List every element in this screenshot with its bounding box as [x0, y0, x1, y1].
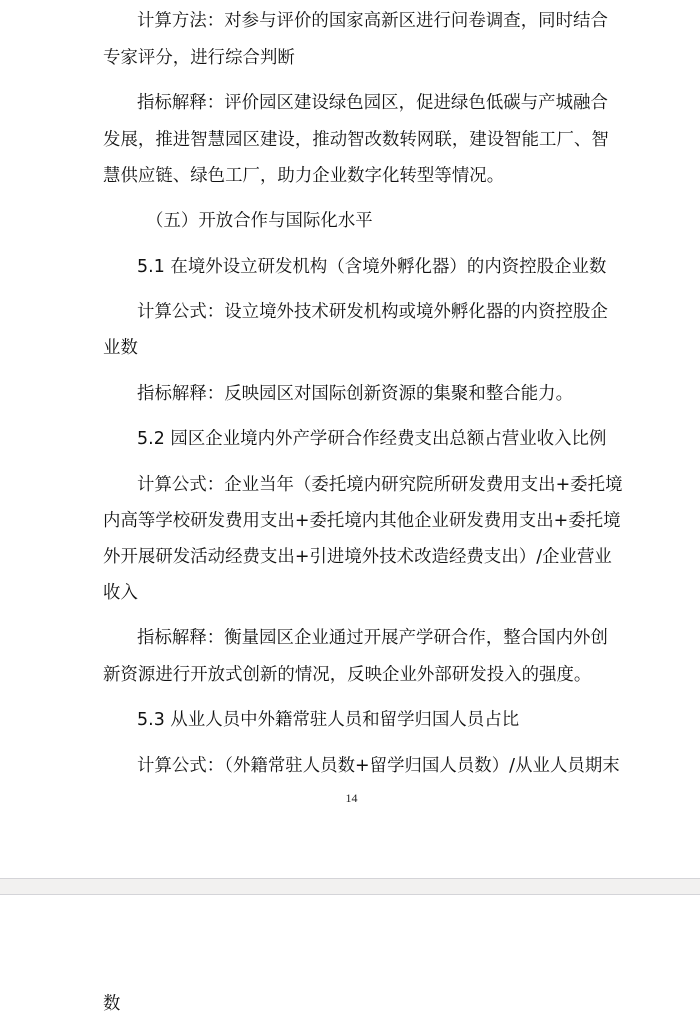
formula-5-1-line-2: 业数	[103, 336, 138, 360]
indicator-explanation-line-2: 发展，推进智慧园区建设，推动智改数转网联，建设智能工厂、智	[103, 128, 609, 152]
formula-5-1-line-1: 计算公式：设立境外技术研发机构或境外孵化器的内资控股企	[137, 300, 608, 324]
indicator-explanation-line-3: 慧供应链、绿色工厂，助力企业数字化转型等情况。	[103, 164, 504, 188]
explanation-5-1: 指标解释：反映园区对国际创新资源的集聚和整合能力。	[137, 382, 573, 406]
indicator-5-1-title: 5.1 在境外设立研发机构（含境外孵化器）的内资控股企业数	[137, 255, 606, 279]
indicator-explanation-line-1: 指标解释：评价园区建设绿色园区，促进绿色低碳与产城融合	[137, 91, 608, 115]
calc-method-line-1: 计算方法：对参与评价的国家高新区进行问卷调查，同时结合	[137, 9, 608, 33]
formula-5-2-line-4: 收入	[103, 581, 138, 605]
explanation-5-2-line-2: 新资源进行开放式创新的情况，反映企业外部研发投入的强度。	[103, 663, 591, 687]
formula-5-2-line-3: 外开展研发活动经费支出+引进境外技术改造经费支出）/企业营业	[103, 545, 612, 569]
formula-5-2-line-2: 内高等学校研发费用支出+委托境内其他企业研发费用支出+委托境	[103, 509, 621, 533]
document-page-14: 计算方法：对参与评价的国家高新区进行问卷调查，同时结合 专家评分，进行综合判断 …	[0, 0, 700, 878]
calc-method-line-2: 专家评分，进行综合判断	[103, 46, 295, 70]
formula-5-2-line-1: 计算公式：企业当年（委托境内研究院所研发费用支出+委托境	[137, 473, 623, 497]
page-break-separator	[0, 878, 700, 895]
section-heading-5: （五）开放合作与国际化水平	[146, 209, 373, 233]
page-number: 14	[0, 791, 700, 806]
formula-5-3-line-2: 数	[103, 992, 120, 1016]
document-page-15: 数	[0, 895, 700, 1031]
indicator-5-2-title: 5.2 园区企业境内外产学研合作经费支出总额占营业收入比例	[137, 427, 606, 451]
formula-5-3-line-1: 计算公式：（外籍常驻人员数+留学归国人员数）/从业人员期末	[137, 754, 620, 778]
indicator-5-3-title: 5.3 从业人员中外籍常驻人员和留学归国人员占比	[137, 708, 519, 732]
explanation-5-2-line-1: 指标解释：衡量园区企业通过开展产学研合作，整合国内外创	[137, 626, 608, 650]
